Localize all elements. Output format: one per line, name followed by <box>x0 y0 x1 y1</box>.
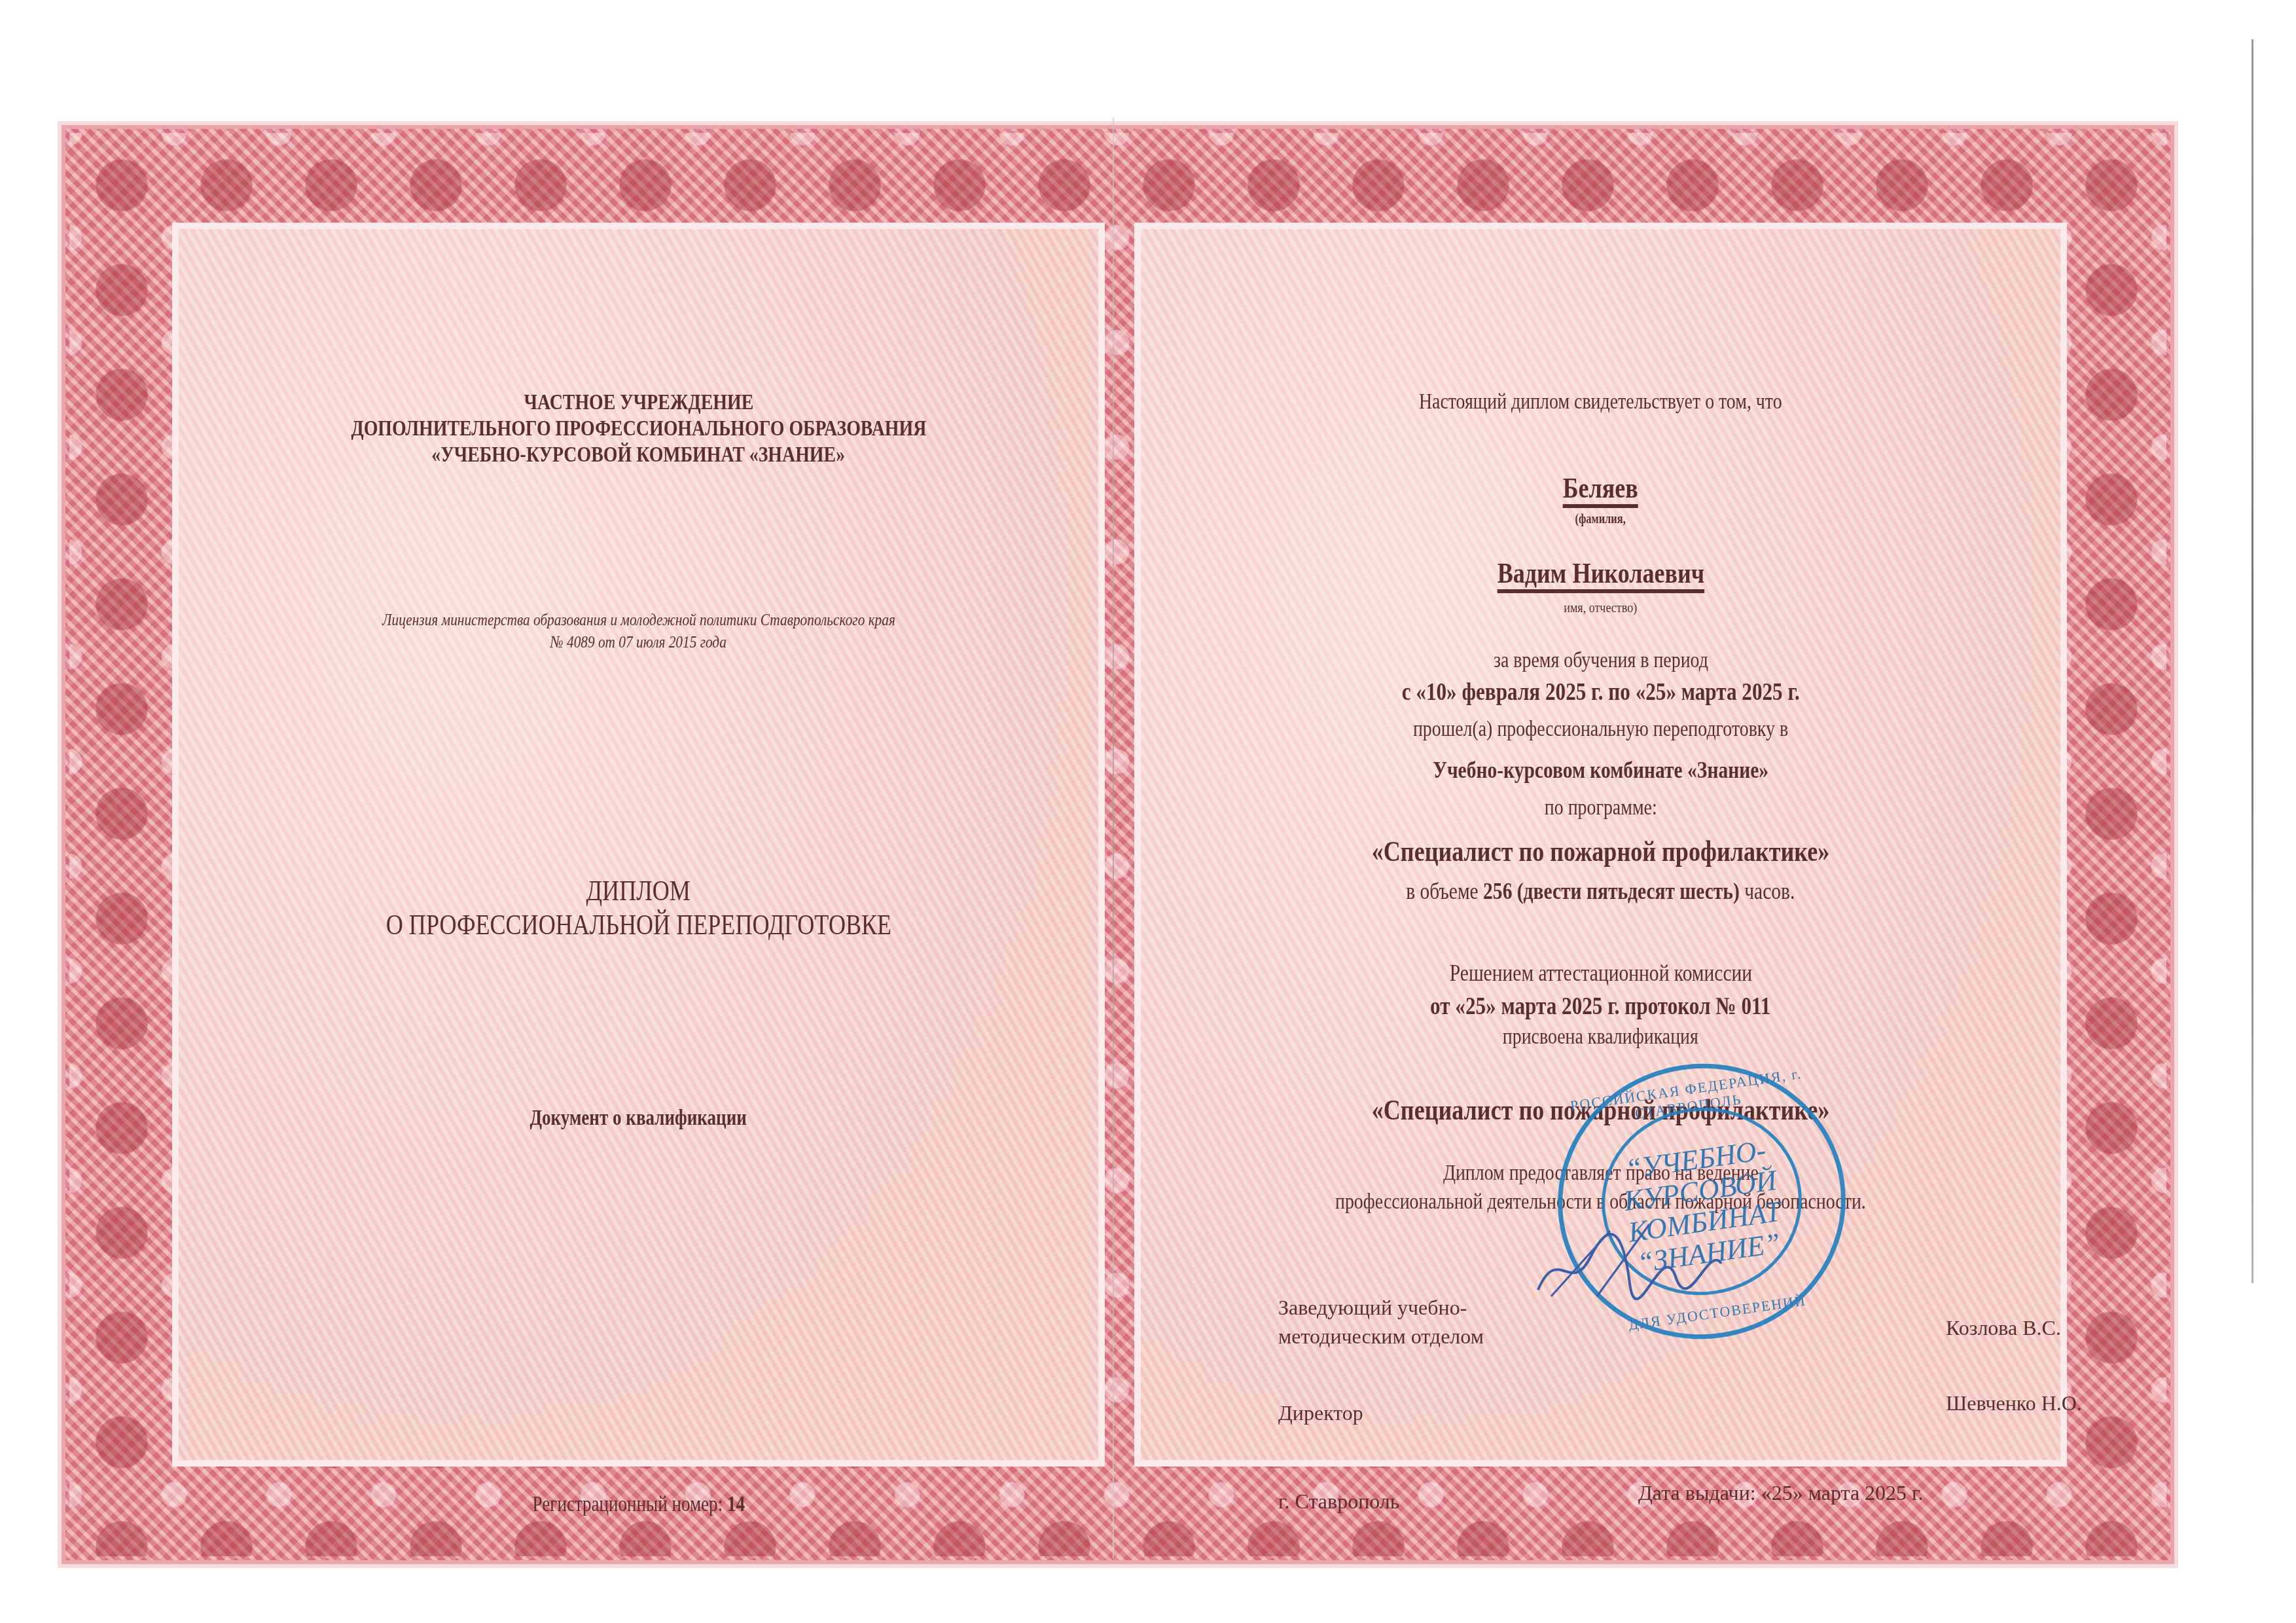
organization-line: ЧАСТНОЕ УЧРЕЖДЕНИЕ <box>524 390 753 416</box>
issue-date: Дата выдачи: «25» марта 2025 г. <box>1638 1481 1924 1505</box>
completed-text: прошел(а) профессиональную переподготовк… <box>1141 717 2060 742</box>
document-kind-text: Документ о квалификации <box>530 1106 747 1131</box>
protocol-info: от «25» марта 2025 г. протокол № 011 <box>1141 992 2060 1021</box>
protocol-text: от «25» марта 2025 г. протокол № 011 <box>1430 992 1770 1021</box>
volume-hours: 256 (двести пятьдесят шесть) <box>1483 878 1740 904</box>
institution-text: Учебно-курсовом комбинате «Знание» <box>1433 756 1768 784</box>
commission-decision: Решением аттестационной комиссии <box>1141 959 2060 987</box>
issue-city: г. Ставрополь <box>1278 1489 1399 1514</box>
signatory-2-position: Директор <box>1278 1401 1363 1425</box>
position-line: методическим отделом <box>1278 1322 1484 1351</box>
page-fold <box>1113 118 1114 1558</box>
diploma-spread: ЧАСТНОЕ УЧРЕЖДЕНИЕ ДОПОЛНИТЕЛЬНОГО ПРОФЕ… <box>58 121 2178 1568</box>
license-line: Лицензия министерства образования и моло… <box>382 609 895 631</box>
signatory-2-name: Шевченко Н.О. <box>1946 1391 2082 1415</box>
intro-text: Настоящий диплом свидетельствует о том, … <box>1141 390 2060 414</box>
study-period-text: с «10» февраля 2025 г. по «25» марта 202… <box>1401 678 1799 706</box>
program-name: «Специалист по пожарной профилактике» <box>1141 835 2060 868</box>
assigned-line: присвоена квалификация <box>1503 1025 1698 1049</box>
organization-line: «УЧЕБНО-КУРСОВОЙ КОМБИНАТ «ЗНАНИЕ» <box>432 442 846 468</box>
completed-line: прошел(а) профессиональную переподготовк… <box>1413 717 1788 742</box>
document-title: ДИПЛОМ О ПРОФЕССИОНАЛЬНОЙ ПЕРЕПОДГОТОВКЕ <box>179 874 1098 942</box>
title-line: ДИПЛОМ <box>586 874 691 908</box>
name-patronymic-value: Вадим Николаевич <box>1497 556 1704 590</box>
surname: Беляев <box>1141 471 2060 505</box>
period-intro: за время обучения в период <box>1141 648 2060 673</box>
left-page: ЧАСТНОЕ УЧРЕЖДЕНИЕ ДОПОЛНИТЕЛЬНОГО ПРОФЕ… <box>179 229 1098 1460</box>
position-line: Заведующий учебно- <box>1278 1293 1484 1322</box>
organization-line: ДОПОЛНИТЕЛЬНОГО ПРОФЕССИОНАЛЬНОГО ОБРАЗО… <box>351 416 926 442</box>
volume-suffix: часов. <box>1744 878 1795 904</box>
volume-prefix: в объеме <box>1406 878 1479 904</box>
program-intro-text: по программе: <box>1545 795 1657 820</box>
name-caption: имя, отчество) <box>1141 599 2060 616</box>
document-kind: Документ о квалификации <box>179 1106 1098 1131</box>
surname-caption: (фамилия, <box>1141 512 2060 527</box>
organization-name: ЧАСТНОЕ УЧРЕЖДЕНИЕ ДОПОЛНИТЕЛЬНОГО ПРОФЕ… <box>179 390 1098 468</box>
institution-name: Учебно-курсовом комбинате «Знание» <box>1141 756 2060 784</box>
program-intro: по программе: <box>1141 795 2060 820</box>
study-period: с «10» февраля 2025 г. по «25» марта 202… <box>1141 678 2060 706</box>
registration-label: Регистрационный номер: <box>532 1493 723 1516</box>
program-volume: в объеме 256 (двести пятьдесят шесть) ча… <box>1141 877 2060 905</box>
registration-number: Регистрационный номер: 14 <box>179 1493 1098 1517</box>
registration-value: 14 <box>727 1493 745 1516</box>
commission-text: Решением аттестационной комиссии <box>1449 959 1751 987</box>
signature-icon <box>1532 1218 1728 1303</box>
license-info: Лицензия министерства образования и моло… <box>179 609 1098 653</box>
assigned-text: присвоена квалификация <box>1141 1025 2060 1049</box>
period-intro-text: за время обучения в период <box>1494 648 1708 673</box>
name-caption-text: имя, отчество) <box>1564 599 1638 616</box>
intro-line: Настоящий диплом свидетельствует о том, … <box>1419 390 1782 414</box>
signatory-1-position: Заведующий учебно- методическим отделом <box>1278 1293 1484 1351</box>
scan-edge <box>2251 39 2253 1283</box>
program-name-text: «Специалист по пожарной профилактике» <box>1372 835 1829 868</box>
title-line: О ПРОФЕССИОНАЛЬНОЙ ПЕРЕПОДГОТОВКЕ <box>386 908 891 942</box>
license-line: № 4089 от 07 июля 2015 года <box>550 631 726 653</box>
signatory-1-name: Козлова В.С. <box>1946 1316 2061 1340</box>
surname-caption-text: (фамилия, <box>1575 512 1626 527</box>
name-patronymic: Вадим Николаевич <box>1141 556 2060 590</box>
surname-value: Беляев <box>1563 471 1638 505</box>
